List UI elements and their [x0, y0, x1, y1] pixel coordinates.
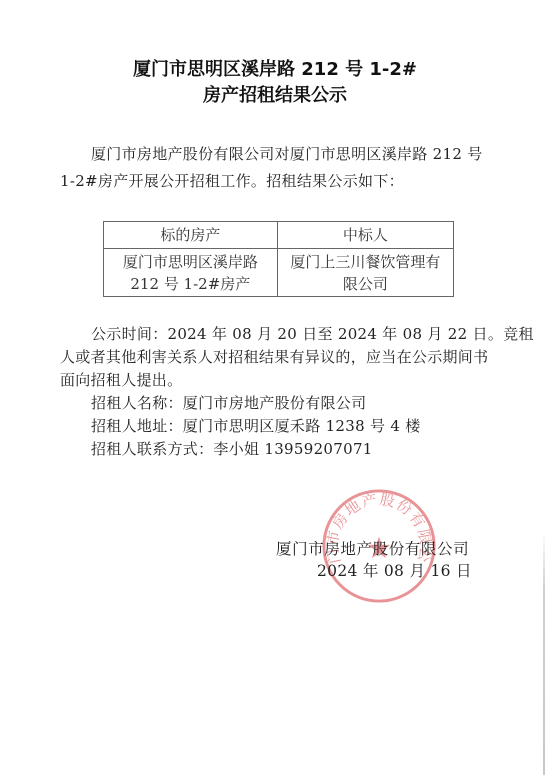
signature-date: 2024 年 08 月 16 日	[317, 560, 472, 582]
scan-edge-line	[543, 530, 545, 775]
header-property: 标的房产	[104, 222, 278, 249]
cell-property-line1: 厦门市思明区溪岸路	[106, 251, 275, 273]
cell-winner: 厦门上三川餐饮管理有 限公司	[277, 249, 453, 297]
cell-winner-line1: 厦门上三川餐饮管理有	[280, 251, 451, 273]
lessor-address: 招租人地址：厦门市思明区厦禾路 1238 号 4 楼	[91, 415, 421, 438]
lessor-name: 招租人名称：厦门市房地产股份有限公司	[91, 392, 366, 415]
signature-company: 厦门市房地产股份有限公司	[276, 538, 469, 560]
document-title-line1: 厦门市思明区溪岸路 212 号 1-2#	[0, 57, 550, 83]
notice-line2: 人或者其他利害关系人对招租结果有异议的，应当在公示期间书	[60, 346, 488, 369]
document-title-line2: 房产招租结果公示	[0, 83, 550, 109]
notice-line3: 面向招租人提出。	[60, 369, 182, 392]
lessor-contact: 招租人联系方式：李小姐 13959207071	[91, 438, 373, 461]
cell-property-line2: 212 号 1-2#房产	[106, 273, 275, 295]
intro-paragraph-line1: 厦门市房地产股份有限公司对厦门市思明区溪岸路 212 号	[91, 141, 483, 168]
intro-paragraph-line2: 1-2#房产开展公开招租工作。招租结果公示如下：	[60, 168, 404, 195]
cell-winner-line2: 限公司	[280, 273, 451, 295]
result-table: 标的房产 中标人 厦门市思明区溪岸路 212 号 1-2#房产 厦门上三川餐饮管…	[103, 221, 454, 297]
document-page: 厦门市思明区溪岸路 212 号 1-2# 房产招租结果公示 厦门市房地产股份有限…	[0, 0, 550, 778]
cell-property: 厦门市思明区溪岸路 212 号 1-2#房产	[104, 249, 278, 297]
notice-line1: 公示时间：2024 年 08 月 20 日至 2024 年 08 月 22 日。…	[91, 323, 534, 346]
table-row: 厦门市思明区溪岸路 212 号 1-2#房产 厦门上三川餐饮管理有 限公司	[104, 249, 454, 297]
header-winner: 中标人	[277, 222, 453, 249]
result-table-header-row: 标的房产 中标人	[104, 222, 454, 249]
